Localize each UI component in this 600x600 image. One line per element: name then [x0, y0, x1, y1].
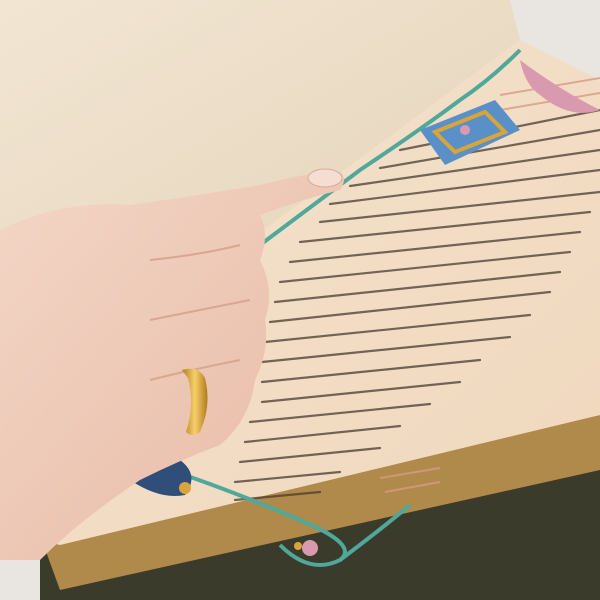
manuscript-photo [0, 0, 600, 600]
photo-illustration [0, 0, 600, 600]
